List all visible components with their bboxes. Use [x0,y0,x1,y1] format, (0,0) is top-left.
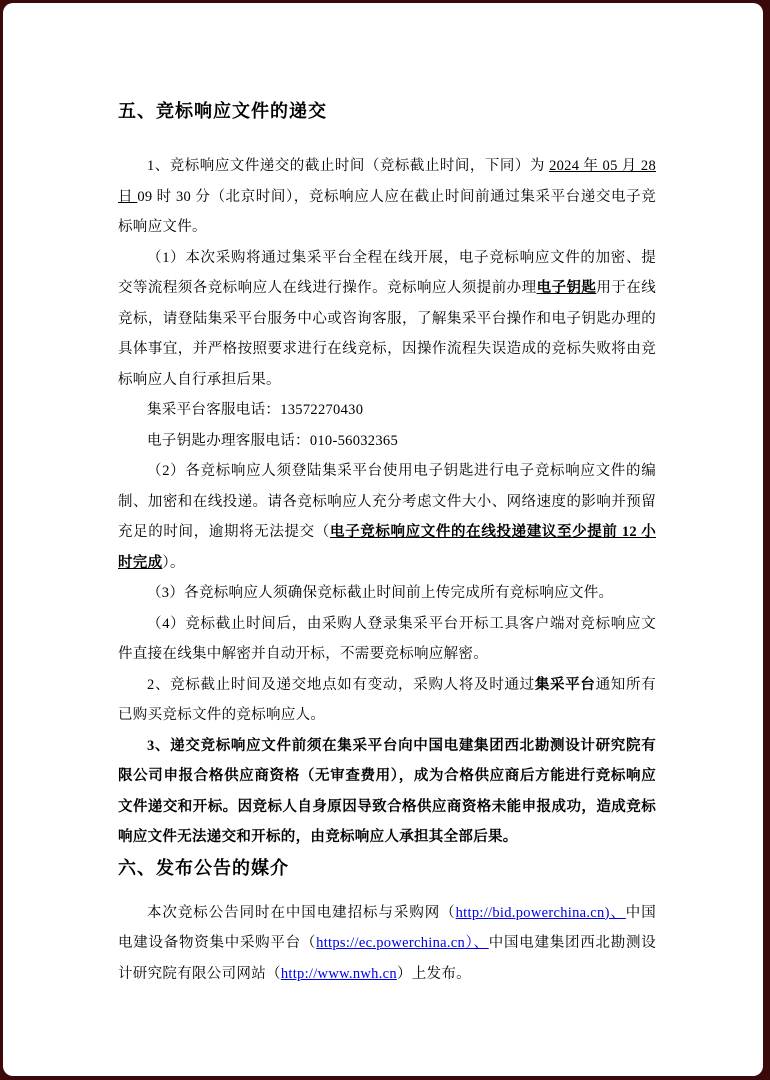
ekey-hotline-number: 010-56032365 [310,433,398,449]
upload-advice-text-end: ）。 [162,555,184,571]
platform-bold: 集采平台 [535,677,596,693]
document-page: 五、竞标响应文件的递交 1、竞标响应文件递交的截止时间（竞标截止时间，下同）为 … [3,3,763,1076]
auto-open-paragraph: （4）竞标截止时间后，由采购人登录集采平台开标工具客户端对竞标响应文件直接在线集… [118,609,656,670]
online-process-text-end: 用于在线竞标，请登陆集采平台服务中心或咨询客服，了解集采平台操作和电子钥匙办理的… [118,280,656,388]
platform-hotline-label: 集采平台客服电话： [147,402,280,418]
online-process-paragraph: （1）本次采购将通过集采平台全程在线开展，电子竞标响应文件的加密、提交等流程须各… [118,243,656,396]
deadline-text-end: 09 时 30 分（北京时间），竞标响应人应在截止时间前通过集采平台递交电子竞标… [118,189,656,236]
ekey-hotline-label: 电子钥匙办理客服电话： [147,433,310,449]
deadline-text-start: 1、竞标响应文件递交的截止时间（竞标截止时间，下同）为 [147,158,549,174]
ensure-upload-paragraph: （3）各竞标响应人须确保竞标截止时间前上传完成所有竞标响应文件。 [118,578,656,609]
section-5-heading: 五、竞标响应文件的递交 [118,98,656,124]
supplier-qualification-paragraph: 3、递交竞标响应文件前须在集采平台向中国电建集团西北勘测设计研究院有限公司申报合… [118,731,656,853]
platform-hotline-number: 13572270430 [280,402,363,418]
announcement-media-paragraph: 本次竞标公告同时在中国电建招标与采购网（http://bid.powerchin… [118,898,656,990]
platform-hotline-line: 集采平台客服电话：13572270430 [118,395,656,426]
deadline-paragraph: 1、竞标响应文件递交的截止时间（竞标截止时间，下同）为 2024 年 05 月 … [118,151,656,243]
media-text-1: 本次竞标公告同时在中国电建招标与采购网（ [147,905,456,921]
ekey-hotline-line: 电子钥匙办理客服电话：010-56032365 [118,426,656,457]
ec-powerchina-link[interactable]: https://ec.powerchina.cn）、 [316,935,489,951]
change-notice-text-start: 2、竞标截止时间及递交地点如有变动，采购人将及时通过 [147,677,535,693]
upload-advice-paragraph: （2）各竞标响应人须登陆集采平台使用电子钥匙进行电子竞标响应文件的编制、加密和在… [118,456,656,578]
media-text-4: ）上发布。 [397,966,471,982]
nwh-link[interactable]: http://www.nwh.cn [281,966,397,982]
e-key-emphasis: 电子钥匙 [537,280,597,296]
change-notice-paragraph: 2、竞标截止时间及递交地点如有变动，采购人将及时通过集采平台通知所有已购买竞标文… [118,670,656,731]
section-6-heading: 六、发布公告的媒介 [118,855,656,881]
bid-powerchina-link[interactable]: http://bid.powerchina.cn)、 [456,905,626,921]
